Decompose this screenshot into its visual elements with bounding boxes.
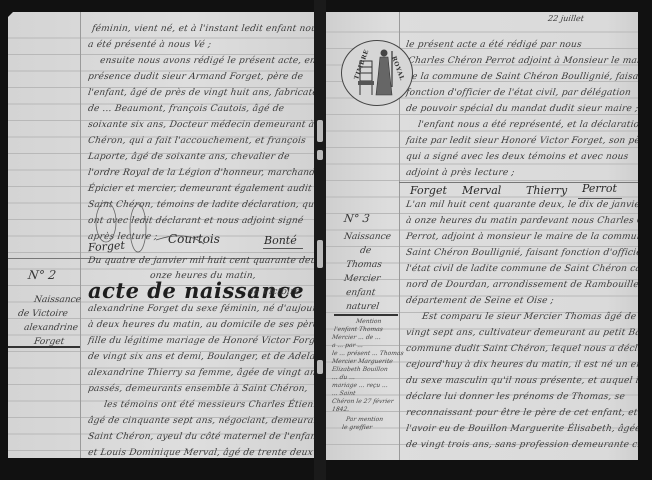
annotation-line: Mercier ... de ... bbox=[332, 334, 382, 341]
text-line: alexandrine Thierry sa femme, âgée de vi… bbox=[87, 368, 314, 378]
text-line: fille du légitime mariage de Honoré Vict… bbox=[87, 336, 314, 346]
text-line: les témoins ont été messieurs Charles Ét… bbox=[103, 400, 314, 410]
record-date: Du quatre de janvier mil huit cent quara… bbox=[87, 256, 314, 266]
binding-stitch bbox=[317, 120, 323, 142]
record-number: N° 2 bbox=[27, 268, 57, 282]
text-line: soixante six ans, Docteur médecin demeur… bbox=[87, 120, 314, 130]
annotation-line: ... Saint bbox=[332, 390, 356, 397]
margin-note-line: Mercier bbox=[343, 274, 381, 284]
margin-note-line: alexandrine bbox=[23, 323, 78, 333]
text-line: de Victoire bbox=[247, 287, 300, 297]
signature-flourish bbox=[263, 248, 303, 249]
text-line: de vingt trois ans, sans profession deme… bbox=[405, 440, 638, 450]
signature: Forget bbox=[410, 184, 447, 197]
text-line: faite par ledit sieur Honoré Victor Forg… bbox=[405, 136, 638, 146]
margin-divider bbox=[8, 346, 80, 348]
annotation-line: le ... présent ... Thomas bbox=[332, 350, 405, 357]
margin-rule bbox=[80, 12, 81, 458]
binding-stitch bbox=[317, 240, 323, 268]
text-line: nord de Dourdan, arrondissement de Rambo… bbox=[405, 280, 638, 290]
signature: Merval bbox=[462, 184, 501, 197]
text-line: à onze heures du matin pardevant nous Ch… bbox=[405, 216, 638, 226]
allegorical-figure-icon bbox=[358, 47, 398, 99]
margin-note-line: de bbox=[359, 246, 371, 256]
margin-note-line: de Victoire bbox=[17, 309, 68, 319]
annotation-line: a ... par ... bbox=[332, 342, 364, 349]
text-line: passés, demeurants ensemble à Saint Chér… bbox=[87, 384, 308, 394]
text-line: reconnaissant pour être le père de cet e… bbox=[405, 408, 638, 418]
margin-note-line: enfant bbox=[345, 288, 376, 298]
record-number: N° 3 bbox=[343, 212, 370, 225]
text-line: l'enfant nous a été représenté, et la dé… bbox=[417, 120, 638, 130]
text-line: de pouvoir spécial du mandat dudit sieur… bbox=[405, 104, 638, 114]
text-line: de la commune de Saint Chéron Boullignié… bbox=[405, 72, 638, 82]
text-line: Charles Chéron Perrot adjoint à Monsieur… bbox=[407, 56, 638, 66]
text-line: ensuite nous avons rédigé le présent act… bbox=[99, 56, 314, 66]
text-line: le présent acte a été rédigé par nous bbox=[405, 40, 582, 50]
text-line: commune dudit Saint Chéron, lequel nous … bbox=[405, 344, 638, 354]
margin-note-line: naturel bbox=[345, 302, 379, 312]
binding-stitch bbox=[317, 150, 323, 160]
text-line: à deux heures du matin, au domicile de s… bbox=[87, 320, 314, 330]
text-line: Laporte, âgé de soixante ans, chevalier … bbox=[87, 152, 290, 162]
signature-flourish bbox=[578, 198, 622, 199]
text-line: Saint Chéron, ayeul du côté maternel de … bbox=[87, 432, 314, 442]
text-line: l'avoir eu de Bouillon Marguerite Élisab… bbox=[405, 424, 638, 434]
annotation-line: mariage ... reçu ... bbox=[332, 382, 389, 389]
text-line: de ... Beaumont, françois Cautois, âgé d… bbox=[87, 104, 285, 114]
text-line: présence dudit sieur Armand Forget, père… bbox=[87, 72, 304, 82]
annotation-line: l'enfant Thomas bbox=[334, 326, 384, 333]
text-line: a été présenté à nous Vé ; bbox=[87, 40, 212, 50]
margin-divider bbox=[334, 314, 398, 316]
royal-stamp-seal: TIMBRE ROYAL bbox=[341, 40, 413, 106]
margin-note-line: Thomas bbox=[345, 260, 382, 270]
text-line: du sexe masculin qu'il nous présente, et… bbox=[405, 376, 638, 386]
annotation-line: le greffier bbox=[342, 424, 373, 431]
annotation-line: ... du ... bbox=[332, 374, 356, 381]
left-page: féminin, vient né, et à l'instant ledit … bbox=[8, 12, 314, 458]
annotation-line: 1842. bbox=[332, 406, 350, 413]
text-line: Épicier et mercier, demeurant également … bbox=[87, 184, 312, 194]
annotation-line: Elizabeth Bouillon bbox=[332, 366, 389, 373]
text-line: Est comparu le sieur Mercier Thomas âgé … bbox=[421, 312, 637, 322]
text-line: l'état civil de ladite commune de Saint … bbox=[405, 264, 638, 274]
margin-note-line: Naissance bbox=[343, 232, 391, 242]
corner-annotation: 22 juillet bbox=[547, 14, 584, 23]
signature: Thierry bbox=[526, 184, 567, 197]
text-line: L'an mil huit cent quarante deux, le dix… bbox=[405, 200, 638, 210]
text-line: déclare lui donner les prénoms de Thomas… bbox=[405, 392, 625, 402]
text-line: Chéron, qui a fait l'accouchement, et fr… bbox=[87, 136, 306, 146]
text-line: adjoint à près lecture ; bbox=[405, 168, 515, 178]
binding-stitch bbox=[317, 360, 323, 374]
text-line: alexandrine Forget du sexe féminin, né d… bbox=[87, 304, 314, 314]
record-divider bbox=[399, 182, 638, 183]
signature-flourish bbox=[86, 200, 206, 262]
annotation-line: Par mention bbox=[346, 416, 384, 423]
text-line: qui a signé avec les deux témoins et ave… bbox=[405, 152, 629, 162]
text-line: fonction d'officier de l'état civil, par… bbox=[405, 88, 631, 98]
margin-note-line: Naissance bbox=[33, 295, 81, 305]
annotation-line: Mention bbox=[356, 318, 382, 325]
text-line: vingt sept ans, cultivateur demeurant au… bbox=[405, 328, 638, 338]
annotation-line: Chéron le 27 février bbox=[332, 398, 395, 405]
text-line: et Louis Dominique Merval, âgé de trente… bbox=[87, 448, 313, 458]
text-line: Saint Chéron Boullignié, faisant fonctio… bbox=[405, 248, 638, 258]
text-line: cejourd'huy à dix heures du matin, il es… bbox=[405, 360, 638, 370]
text-line: l'enfant, âgé de près de vingt huit ans,… bbox=[87, 88, 314, 98]
text-line: l'ordre Royal de la Légion d'honneur, ma… bbox=[87, 168, 314, 178]
text-line: âgé de cinquante sept ans, négociant, de… bbox=[87, 416, 314, 426]
text-line: Perrot, adjoint à monsieur le maire de l… bbox=[405, 232, 638, 242]
annotation-line: Mercier Marguerite bbox=[332, 358, 394, 365]
text-line: département de Seine et Oise ; bbox=[405, 296, 554, 306]
signature: Perrot bbox=[582, 182, 617, 195]
signature: Bonté bbox=[264, 234, 297, 247]
text-line: de vingt six ans et demi, Boulanger, et … bbox=[87, 352, 314, 362]
text-line: féminin, vient né, et à l'instant ledit … bbox=[91, 24, 314, 34]
